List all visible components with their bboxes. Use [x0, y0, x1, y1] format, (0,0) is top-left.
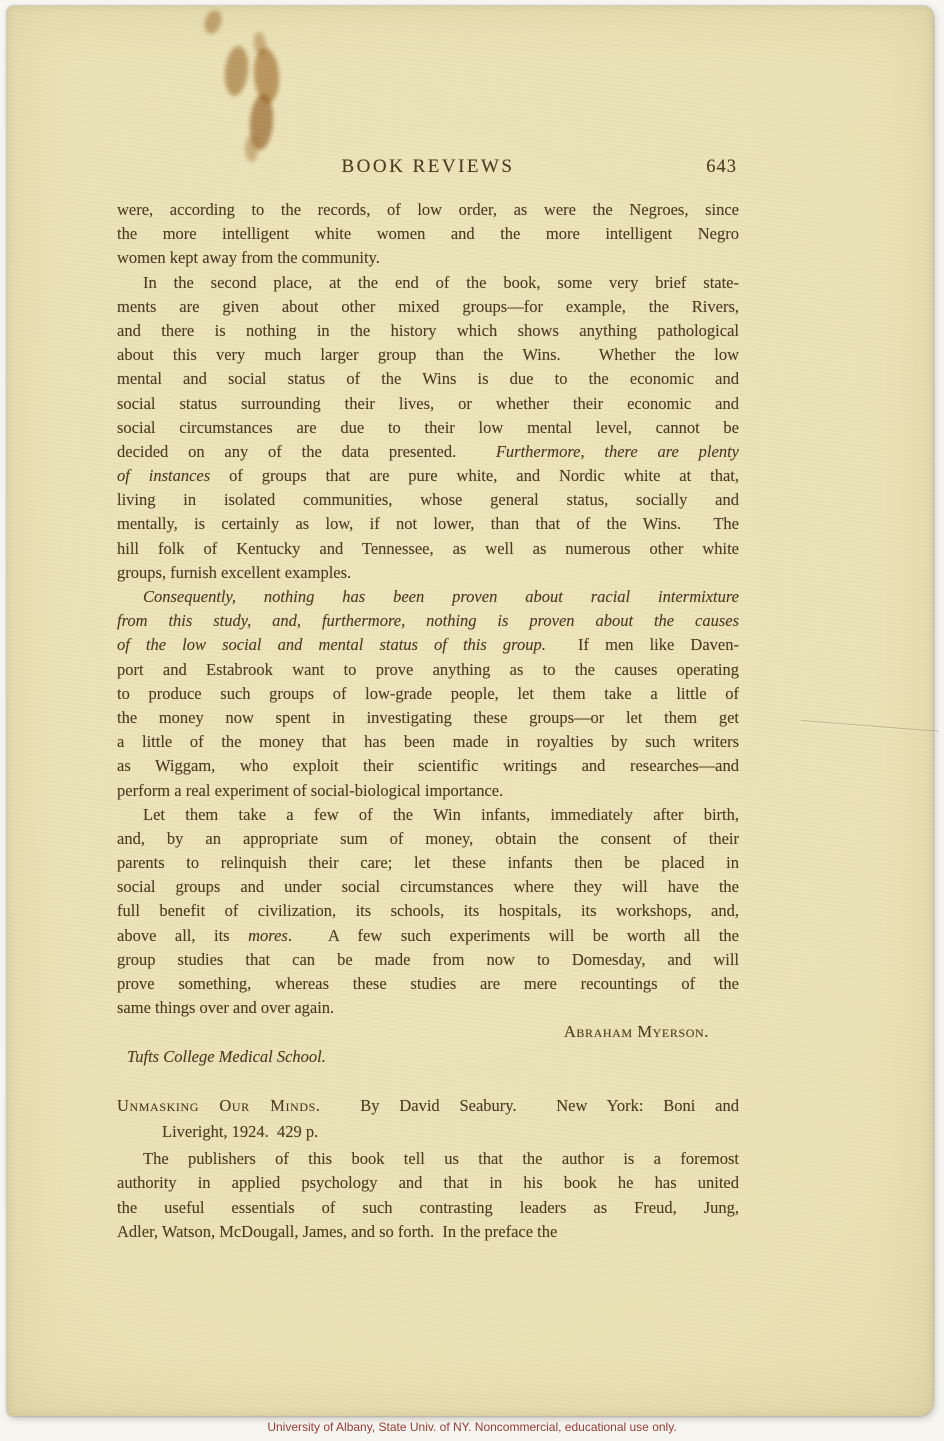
text-line: and, by an appropriate sum of money, obt…	[117, 827, 739, 851]
text-line: The publishers of this book tell us that…	[117, 1147, 739, 1172]
text-line: Let them take a few of the Win infants, …	[117, 803, 739, 827]
text-line: Liveright, 1924. 429 p.	[117, 1119, 739, 1145]
text-line: a little of the money that has been made…	[117, 730, 739, 754]
text-line: full benefit of civilization, its school…	[117, 899, 739, 923]
review-citation: Unmasking Our Minds. By David Seabury. N…	[117, 1093, 739, 1145]
text-line: groups, furnish excellent examples.	[117, 561, 739, 585]
text-line: social status surrounding their lives, o…	[117, 392, 739, 416]
text-line: prove something, whereas these studies a…	[117, 972, 739, 996]
text-line: parents to relinquish their care; let th…	[117, 851, 739, 875]
text-line: Adler, Watson, McDougall, James, and so …	[117, 1220, 739, 1245]
usage-credit: University of Albany, State Univ. of NY.…	[0, 1420, 944, 1434]
page-title: BOOK REVIEWS	[341, 156, 514, 177]
text-line: the money now spent in investigating the…	[117, 706, 739, 730]
text-line: were, according to the records, of low o…	[117, 198, 739, 222]
text-column: were, according to the records, of low o…	[117, 198, 739, 1245]
text-line: group studies that can be made from now …	[117, 948, 739, 972]
text-line: Unmasking Our Minds. By David Seabury. N…	[117, 1093, 739, 1119]
text-line: living in isolated communities, whose ge…	[117, 488, 739, 512]
text-line: from this study, and, furthermore, nothi…	[117, 609, 739, 633]
text-line: mentally, is certainly as low, if not lo…	[117, 512, 739, 536]
text-line: ments are given about other mixed groups…	[117, 295, 739, 319]
text-line: social circumstances are due to their lo…	[117, 416, 739, 440]
ink-stain	[222, 45, 250, 97]
text-line: to produce such groups of low-grade peop…	[117, 682, 739, 706]
text-line: about this very much larger group than t…	[117, 343, 739, 367]
text-line: social groups and under social circumsta…	[117, 875, 739, 899]
reviewer-affiliation: Tufts College Medical School.	[117, 1045, 739, 1069]
text-line: as Wiggam, who exploit their scientific …	[117, 754, 739, 778]
text-line: perform a real experiment of social-biol…	[117, 779, 739, 803]
text-line: port and Estabrook want to prove anythin…	[117, 658, 739, 682]
paragraph-consequently: Consequently, nothing has been proven ab…	[117, 585, 739, 803]
paragraph-win-infants: Let them take a few of the Win infants, …	[117, 803, 739, 1021]
ink-stain	[202, 8, 225, 36]
text-line: hill folk of Kentucky and Tennessee, as …	[117, 537, 739, 561]
text-line: the useful essentials of such contrastin…	[117, 1196, 739, 1221]
text-line: above all, its mores. A few such experim…	[117, 924, 739, 948]
text-line: Abraham Myerson.	[117, 1020, 739, 1044]
text-line: of instances of groups that are pure whi…	[117, 464, 739, 488]
page-header: BOOK REVIEWS 643	[117, 156, 739, 178]
paragraph-continuation: were, according to the records, of low o…	[117, 198, 739, 271]
text-line: Consequently, nothing has been proven ab…	[117, 585, 739, 609]
book-page: BOOK REVIEWS 643 were, according to the …	[7, 6, 933, 1416]
paragraph-second-place: In the second place, at the end of the b…	[117, 271, 739, 585]
text-line: In the second place, at the end of the b…	[117, 271, 739, 295]
text-line: mental and social status of the Wins is …	[117, 367, 739, 391]
page-crease	[801, 720, 939, 732]
scan-background: { "colors": { "paper": "#eae2b6", "ink":…	[0, 0, 944, 1441]
text-line: same things over and over again.	[117, 996, 739, 1020]
text-line: women kept away from the community.	[117, 246, 739, 270]
page-number: 643	[706, 157, 737, 178]
text-line: and there is nothing in the history whic…	[117, 319, 739, 343]
text-line: of the low social and mental status of t…	[117, 633, 739, 657]
text-line: decided on any of the data presented. Fu…	[117, 440, 739, 464]
reviewer-signature: Abraham Myerson.	[117, 1020, 739, 1044]
text-line: the more intelligent white women and the…	[117, 222, 739, 246]
text-line: Tufts College Medical School.	[117, 1045, 739, 1069]
text-line: authority in applied psychology and that…	[117, 1171, 739, 1196]
paragraph-publishers: The publishers of this book tell us that…	[117, 1147, 739, 1245]
